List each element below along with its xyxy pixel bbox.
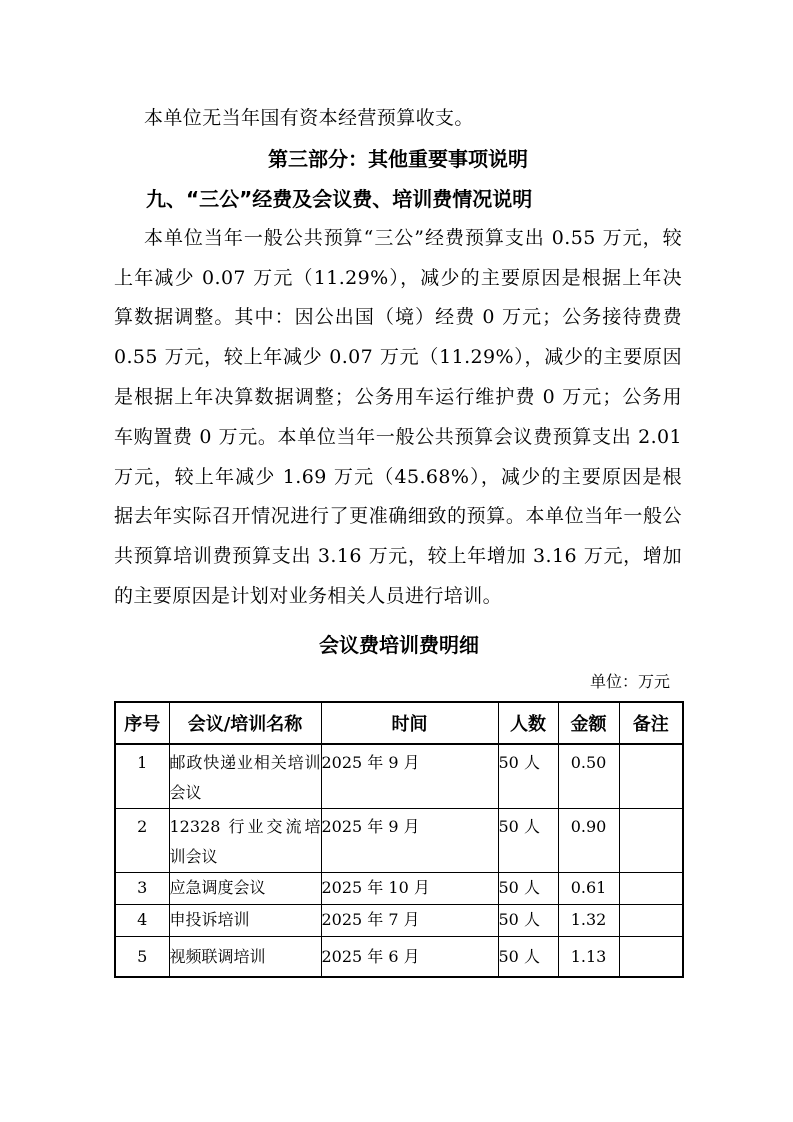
cell-name: 视频联调培训 [169,936,321,977]
cell-note [619,936,683,977]
cell-time: 2025 年 10 月 [321,872,498,904]
cell-amount: 0.50 [558,744,619,809]
col-header-note: 备注 [619,702,683,744]
document-page: 本单位无当年国有资本经营预算收支。 第三部分：其他重要事项说明 九、“三公”经费… [0,0,793,1122]
col-header-name: 会议/培训名称 [169,702,321,744]
cell-amount: 0.90 [558,808,619,872]
cell-note [619,872,683,904]
cell-people: 50 人 [498,872,558,904]
cell-note [619,808,683,872]
cell-note [619,904,683,936]
table-row: 5 视频联调培训 2025 年 6 月 50 人 1.13 [115,936,683,977]
cell-no: 1 [115,744,169,809]
col-header-no: 序号 [115,702,169,744]
cell-no: 5 [115,936,169,977]
cell-name: 12328 行业交流培训会议 [169,808,321,872]
cell-people: 50 人 [498,936,558,977]
intro-paragraph: 本单位无当年国有资本经营预算收支。 [114,99,682,139]
unit-note: 单位：万元 [128,669,670,695]
section-heading: 第三部分：其他重要事项说明 [114,139,682,179]
table-row: 3 应急调度会议 2025 年 10 月 50 人 0.61 [115,872,683,904]
cell-time: 2025 年 9 月 [321,744,498,809]
table-row: 2 12328 行业交流培训会议 2025 年 9 月 50 人 0.90 [115,808,683,872]
cell-amount: 1.13 [558,936,619,977]
cell-people: 50 人 [498,744,558,809]
three-public-funds-paragraph: 本单位当年一般公共预算“三公”经费预算支出 0.55 万元，较上年减少 0.07… [114,219,682,617]
subsection-heading: 九、“三公”经费及会议费、培训费情况说明 [114,179,682,219]
cell-no: 4 [115,904,169,936]
cell-note [619,744,683,809]
cell-name: 申投诉培训 [169,904,321,936]
col-header-time: 时间 [321,702,498,744]
col-header-people: 人数 [498,702,558,744]
cell-people: 50 人 [498,808,558,872]
cell-no: 3 [115,872,169,904]
table-title: 会议费培训费明细 [128,625,670,665]
cell-time: 2025 年 6 月 [321,936,498,977]
cell-time: 2025 年 7 月 [321,904,498,936]
cell-time: 2025 年 9 月 [321,808,498,872]
table-row: 1 邮政快递业相关培训会议 2025 年 9 月 50 人 0.50 [115,744,683,809]
cell-name: 邮政快递业相关培训会议 [169,744,321,809]
cell-no: 2 [115,808,169,872]
cell-people: 50 人 [498,904,558,936]
col-header-amount: 金额 [558,702,619,744]
table-row: 4 申投诉培训 2025 年 7 月 50 人 1.32 [115,904,683,936]
cell-amount: 1.32 [558,904,619,936]
cell-amount: 0.61 [558,872,619,904]
meeting-training-table: 序号 会议/培训名称 时间 人数 金额 备注 1 邮政快递业相关培训会议 202… [114,701,684,979]
cell-name: 应急调度会议 [169,872,321,904]
table-header-row: 序号 会议/培训名称 时间 人数 金额 备注 [115,702,683,744]
